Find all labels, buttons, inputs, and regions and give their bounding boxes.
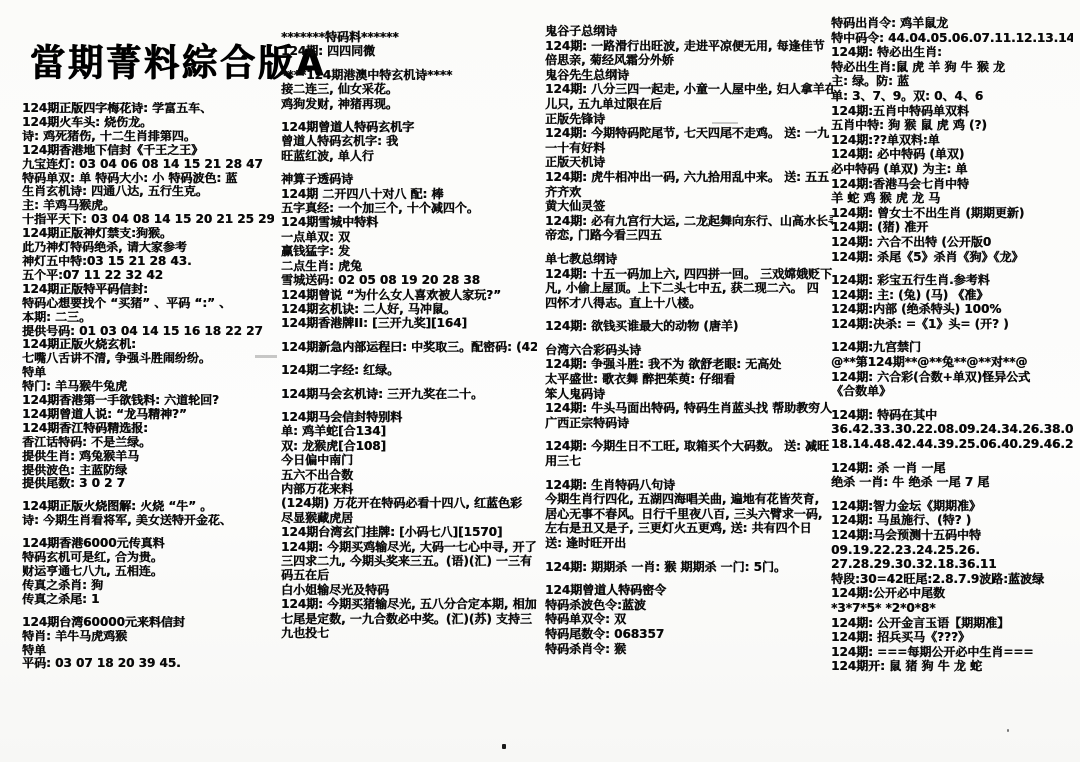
text-line: [545, 430, 833, 439]
text-line: 齐齐欢: [545, 185, 833, 200]
text-line: 接二连三, 仙女采花。: [281, 82, 537, 96]
text-line: 码五在后: [281, 568, 537, 582]
text-line: 正版先锋诗: [545, 112, 833, 127]
text-line: 《合数单》: [831, 384, 1073, 399]
scan-smudge: [255, 355, 277, 358]
text-line: 倍思亲, 菊经风霜分外娇: [545, 53, 833, 68]
text-line: 124期: 主: (兔) (马) 《准》: [831, 288, 1073, 303]
text-line: *3*7*5* *2*0*8*: [831, 601, 1073, 616]
text-line: 124期:决杀: =《1》头= (开? ): [831, 317, 1073, 332]
text-line: 尽显猴藏虎居: [281, 511, 537, 525]
text-line: 传真之杀尾: 1: [22, 593, 274, 607]
text-line: 124期:五肖中特码单双料: [831, 104, 1073, 119]
text-line: 124期台湾60000元来料信封: [22, 616, 274, 630]
text-line: 124期:马会预测十五码中特: [831, 528, 1073, 543]
text-line: 09.19.22.23.24.25.26.: [831, 543, 1073, 558]
text-line: 生肖玄机诗: 四通八达, 五行生克。: [22, 185, 274, 199]
text-line: 124期香港牌II: [三开九奖][164]: [281, 316, 537, 330]
text-line: [281, 331, 537, 340]
text-line: 124期 二开四八十对八 配: 棒: [281, 187, 537, 201]
text-line: 五字真经: 一个加三个, 十个减四个。: [281, 201, 537, 215]
text-line: 特码玄机可是红, 合为贵。: [22, 551, 274, 565]
text-line: 124期: 特必出生肖:: [831, 45, 1073, 60]
text-line: [22, 607, 274, 616]
text-line: 124期: 招兵买马《???》: [831, 630, 1073, 645]
text-line: [831, 452, 1073, 461]
text-line: 124期开: 鼠 猪 狗 牛 龙 蛇: [831, 659, 1073, 674]
text-line: [545, 574, 833, 583]
text-line: 27.28.29.30.32.18.36.11: [831, 557, 1073, 572]
text-line: [281, 111, 537, 120]
text-line: 旺蓝红波, 单人行: [281, 149, 537, 163]
text-line: 白小姐输尽光及特码: [281, 583, 537, 597]
text-line: [281, 378, 537, 387]
text-line: 124期: 虎牛相冲出一码, 六九拾用乱中来。 送: 五五: [545, 170, 833, 185]
text-line: 特码杀肖令: 猴: [545, 642, 833, 657]
text-line: 124期曾说 “为什么女人喜欢被人家玩?”: [281, 288, 537, 302]
text-line: [545, 243, 833, 252]
scanned-tipsheet-page: 當期菁料綜合版A 124期正版四字梅花诗: 学富五车、124期火车头: 烧伤龙。…: [0, 0, 1080, 762]
text-line: 18.14.48.42.44.39.25.06.40.29.46.20.11.: [831, 437, 1073, 452]
text-line: 124期:香港马会七肖中特: [831, 177, 1073, 192]
text-line: 124期马会玄机诗: 三开九奖在二十。: [281, 387, 537, 401]
text-line: 124期:公开必中尾数: [831, 586, 1073, 601]
column-3-lines: 鬼谷子总纲诗124期: 一路滑行出旺波, 走进平凉便无用, 每逢佳节倍思亲, 菊…: [545, 24, 833, 656]
text-line: 提供生肖: 鸡兔猴羊马: [22, 450, 274, 464]
text-line: 124期台湾玄门挂牌: [小码七八][1570]: [281, 525, 537, 539]
text-line: 特单: [22, 366, 274, 380]
text-line: 124期: 欲钱买谁最大的动物 (唐羊): [545, 319, 833, 334]
text-line: 单: 鸡羊蛇[合134]: [281, 424, 537, 438]
text-line: 神算子透码诗: [281, 172, 537, 186]
column-4-lines: 特码出肖令: 鸡羊鼠龙特中码令: 44.04.05.06.07.11.12.13…: [831, 16, 1073, 674]
text-line: [545, 310, 833, 319]
text-line: 124期: 特码在其中: [831, 408, 1073, 423]
text-line: 124期正版四字梅花诗: 学富五车、: [22, 102, 274, 116]
column-1-lines: 124期正版四字梅花诗: 学富五车、124期火车头: 烧伤龙。诗: 鸡死猪伤, …: [22, 102, 274, 671]
page-title: 當期菁料綜合版A: [30, 35, 274, 88]
text-line: 七嘴八舌讲不清, 争强斗胜闹纷纷。: [22, 352, 274, 366]
text-line: 特码尾数令: 068357: [545, 627, 833, 642]
text-line: 124期:智力金坛《期期准》: [831, 499, 1073, 514]
text-line: 双: 龙猴虎[合108]: [281, 439, 537, 453]
text-line: [545, 334, 833, 343]
text-line: 124期香港地下信封《千王之王》: [22, 144, 274, 158]
text-line: 124期: 今期买猪输尽光, 五八分合定本期, 相加: [281, 597, 537, 611]
text-line: 提供尾数: 3 0 2 7: [22, 477, 274, 491]
text-line: 帝恋, 门路今看三四五: [545, 228, 833, 243]
scan-artifact-dot: [1007, 729, 1009, 732]
text-line: [281, 59, 537, 68]
text-line: 羊 蛇 鸡 猴 虎 龙 马: [831, 191, 1073, 206]
text-line: 必中特码 (单双) 为主: 单: [831, 162, 1073, 177]
text-line: 特必出生肖:鼠 虎 羊 狗 牛 猴 龙: [831, 60, 1073, 75]
text-line: 主: 绿。防: 蓝: [831, 74, 1073, 89]
text-line: 财运亨通七八九, 五相连。: [22, 565, 274, 579]
text-line: [22, 491, 274, 500]
text-line: 特码单双令: 双: [545, 612, 833, 627]
text-line: 特门: 羊马猴牛兔虎: [22, 380, 274, 394]
text-line: 黄大仙灵签: [545, 199, 833, 214]
text-line: [831, 264, 1073, 273]
text-line: 三四求二九, 今期头奖来三五。(语)(汇) 一三有: [281, 554, 537, 568]
text-line: 儿只, 五九单过限在后: [545, 97, 833, 112]
text-line: 特肖: 羊牛马虎鸡猴: [22, 630, 274, 644]
text-line: 太平盛世: 歌衣舞 醉把茱萸: 仔细看: [545, 372, 833, 387]
text-line: 124期曾道人说: “龙马精神?”: [22, 408, 274, 422]
text-line: @**第124期**@**兔**@**对**@: [831, 355, 1073, 370]
text-line: 单: 3、7、9。双: 0、4、6: [831, 89, 1073, 104]
text-line: 台湾六合彩码头诗: [545, 343, 833, 358]
text-line: 124期: 杀 一肖 一尾: [831, 461, 1073, 476]
text-line: 124期: 一路滑行出旺波, 走进平凉便无用, 每逢佳节: [545, 39, 833, 54]
text-line: [281, 163, 537, 172]
text-line: 124期: 六合彩(合数+单双)怪异公式: [831, 370, 1073, 385]
column-2: *******特码料******124期: 四四同微****124期港澳中特玄机…: [281, 30, 537, 640]
text-line: 124期玄机诀: 二人好, 马冲鼠。: [281, 302, 537, 316]
text-line: 一十有好料: [545, 141, 833, 156]
text-line: 鸡狗发财, 神猪再现。: [281, 97, 537, 111]
text-line: 用三七: [545, 454, 833, 469]
text-line: 特码单双: 单 特码大小: 小 特码波色: 蓝: [22, 172, 274, 186]
text-line: 九宝连灯: 03 04 06 08 14 15 21 28 47: [22, 158, 274, 172]
text-line: 124期: 必有九宫行大运, 二龙起舞向东行、山高水长寻: [545, 214, 833, 229]
text-line: 主: 羊鸡马猴虎。: [22, 199, 274, 213]
text-line: 鬼谷先生总纲诗: [545, 68, 833, 83]
text-line: 124期: 杀尾《5》杀肖《狗》《龙》: [831, 250, 1073, 265]
text-line: 124期香港第一手欲钱料: 六道轮回?: [22, 394, 274, 408]
column-1: 當期菁料綜合版A 124期正版四字梅花诗: 学富五车、124期火车头: 烧伤龙。…: [22, 36, 274, 671]
text-line: 鬼谷子总纲诗: [545, 24, 833, 39]
text-line: *******特码料******: [281, 30, 537, 44]
text-line: 124期雪城中特料: [281, 215, 537, 229]
text-line: 124期香江特码精选报:: [22, 422, 274, 436]
text-line: 124期: 今期买鸡输尽光, 大码一七心中寻, 开了: [281, 540, 537, 554]
text-line: 左右是丑又是子, 三更灯火五更鸡, 送: 共有四个日: [545, 521, 833, 536]
text-line: 124期: 期期杀 一肖: 猴 期期杀 一门: 5门。: [545, 560, 833, 575]
text-line: 传真之杀肖: 狗: [22, 579, 274, 593]
text-line: 特中码令: 44.04.05.06.07.11.12.13.14.15: [831, 31, 1073, 46]
text-line: 正版天机诗: [545, 155, 833, 170]
text-line: 124期新急内部运程曰: 中奖取三。配密码: (427): [281, 340, 537, 354]
text-line: 124期: 必中特码 (单双): [831, 147, 1073, 162]
text-line: 124期: 十五一码加上六, 四四拼一回。 三戏嫦娥贬下: [545, 267, 833, 282]
text-line: 124期: 八分三四一起走, 小童一人屋中坐, 妇人拿羊在: [545, 82, 833, 97]
text-line: 今期生肖行四化, 五湖四海唱关曲, 遍地有花皆芡育,: [545, 492, 833, 507]
text-line: 提供波色: 主蓝防绿: [22, 464, 274, 478]
text-line: 124期曾道人特码玄机字: [281, 120, 537, 134]
text-line: 特码杀波色令:蓝波: [545, 598, 833, 613]
text-line: 124期香港6000元传真料: [22, 537, 274, 551]
text-line: 二点生肖: 虎兔: [281, 259, 537, 273]
text-line: 124期:内部 (绝杀特头) 100%: [831, 302, 1073, 317]
text-line: [831, 331, 1073, 340]
text-line: 赢钱猛字: 发: [281, 244, 537, 258]
text-line: 特单: [22, 644, 274, 658]
text-line: 五个平:07 11 22 32 42: [22, 269, 274, 283]
text-line: 凡, 小偷上屋顶。上下二头七中五, 获二现二六。 四: [545, 281, 833, 296]
text-line: 一点单双: 双: [281, 230, 537, 244]
text-line: 124期火车头: 烧伤龙。: [22, 116, 274, 130]
text-line: 广西正宗特码诗: [545, 416, 833, 431]
text-line: 居心无事不春风。日行千里夜八百, 三头六臂求一码,: [545, 507, 833, 522]
text-line: 124期: 争强斗胜: 我不为 欲舒老眼: 无高处: [545, 357, 833, 372]
text-line: 提供号码: 01 03 04 14 15 16 18 22 27: [22, 325, 274, 339]
text-line: 124期马会信封特别料: [281, 410, 537, 424]
text-line: 单七教总纲诗: [545, 252, 833, 267]
text-line: 七尾是定数, 一九合数必中奖。(汇)(苏) 支持三: [281, 612, 537, 626]
text-line: 124期: 六合不出特 (公开版0: [831, 235, 1073, 250]
text-line: 特码心想要找个 “买猪” 、平码 “:” 、: [22, 297, 274, 311]
text-line: [831, 490, 1073, 499]
text-line: 内部万花来料: [281, 482, 537, 496]
text-line: 124期: 牛头马面出特码, 特码生肖蓝头找 帮助教穷人: [545, 401, 833, 416]
text-line: 诗: 今期生肖看将军, 美女送特开金花、: [22, 514, 274, 528]
text-line: 124期:??单双料:单: [831, 133, 1073, 148]
text-line: 36.42.33.30.22.08.09.24.34.26.38.01.19.: [831, 422, 1073, 437]
text-line: (124期) 万花开在特码必看十四八, 红蓝色彩: [281, 496, 537, 510]
text-line: 124期二字经: 红绿。: [281, 363, 537, 377]
text-line: [545, 469, 833, 478]
text-line: 124期正版火烧玄机:: [22, 338, 274, 352]
text-line: 124期正版神灯禁支:狗猴。: [22, 227, 274, 241]
text-line: 诗: 鸡死猪伤, 十二生肖排第四。: [22, 130, 274, 144]
text-line: 124期: 彩宝五行生肖.参考料: [831, 273, 1073, 288]
text-line: 124期: 马虽施行、(特? ): [831, 513, 1073, 528]
column-3: 鬼谷子总纲诗124期: 一路滑行出旺波, 走进平凉便无用, 每逢佳节倍思亲, 菊…: [545, 24, 833, 656]
text-line: 四怀才八得志。直上十八楼。: [545, 296, 833, 311]
text-line: 124期: ===每期公开必中生肖===: [831, 645, 1073, 660]
text-line: 124期:九宫禁门: [831, 340, 1073, 355]
text-line: 124期曾道人特码密令: [545, 583, 833, 598]
text-line: [22, 528, 274, 537]
text-line: 五肖中特: 狗 猴 鼠 虎 鸡 (?): [831, 118, 1073, 133]
text-line: 绝杀 一肖: 牛 绝杀 一尾 7 尾: [831, 475, 1073, 490]
text-line: 十指平天下: 03 04 08 14 15 20 21 25 29 41: [22, 213, 274, 227]
text-line: 124期正版火烧图解: 火烧 “牛” 。: [22, 500, 274, 514]
text-line: 124期: 曾女士不出生肖 (期期更新): [831, 206, 1073, 221]
text-line: [281, 354, 537, 363]
text-line: 124期正版特平码信封:: [22, 283, 274, 297]
text-line: [281, 401, 537, 410]
text-line: 124期: 今期生日不工旺, 取箱买个大码数。 送: 减旺: [545, 439, 833, 454]
text-line: 雪城送码: 02 05 08 19 20 28 38: [281, 273, 537, 287]
text-line: 神灯五中特:03 15 21 28 43.: [22, 255, 274, 269]
text-line: 香江话特码: 不是兰绿。: [22, 436, 274, 450]
text-line: 124期: 生肖特码八句诗: [545, 478, 833, 493]
text-line: 此乃神灯特码绝杀, 请大家参考: [22, 241, 274, 255]
text-line: 送: 逢时旺开出: [545, 536, 833, 551]
text-line: ****124期港澳中特玄机诗****: [281, 68, 537, 82]
text-line: 特段:30=42旺尾:2.8.7.9波路:蓝波绿: [831, 572, 1073, 587]
text-line: 124期: 公开金言玉语【期期准】: [831, 616, 1073, 631]
text-line: 曾道人特码玄机字: 我: [281, 134, 537, 148]
text-line: 124期: 今期特码陀尾节, 七天四尾不走鸡。 送: 一九: [545, 126, 833, 141]
text-line: 今日偏中南门: [281, 453, 537, 467]
text-line: 特码出肖令: 鸡羊鼠龙: [831, 16, 1073, 31]
text-line: 笨人鬼码诗: [545, 387, 833, 402]
scan-artifact-dot: [502, 744, 506, 749]
column-2-lines: *******特码料******124期: 四四同微****124期港澳中特玄机…: [281, 30, 537, 640]
text-line: 平码: 03 07 18 20 39 45.: [22, 657, 274, 671]
text-line: 124期: (猪) 准开: [831, 220, 1073, 235]
text-line: [831, 399, 1073, 408]
text-line: 本期: 二三。: [22, 311, 274, 325]
text-line: 五六不出合数: [281, 468, 537, 482]
scan-smudge: [712, 122, 738, 124]
column-4: 特码出肖令: 鸡羊鼠龙特中码令: 44.04.05.06.07.11.12.13…: [831, 16, 1073, 674]
text-line: [545, 551, 833, 560]
text-line: 九也投七: [281, 626, 537, 640]
text-line: 124期: 四四同微: [281, 44, 537, 58]
